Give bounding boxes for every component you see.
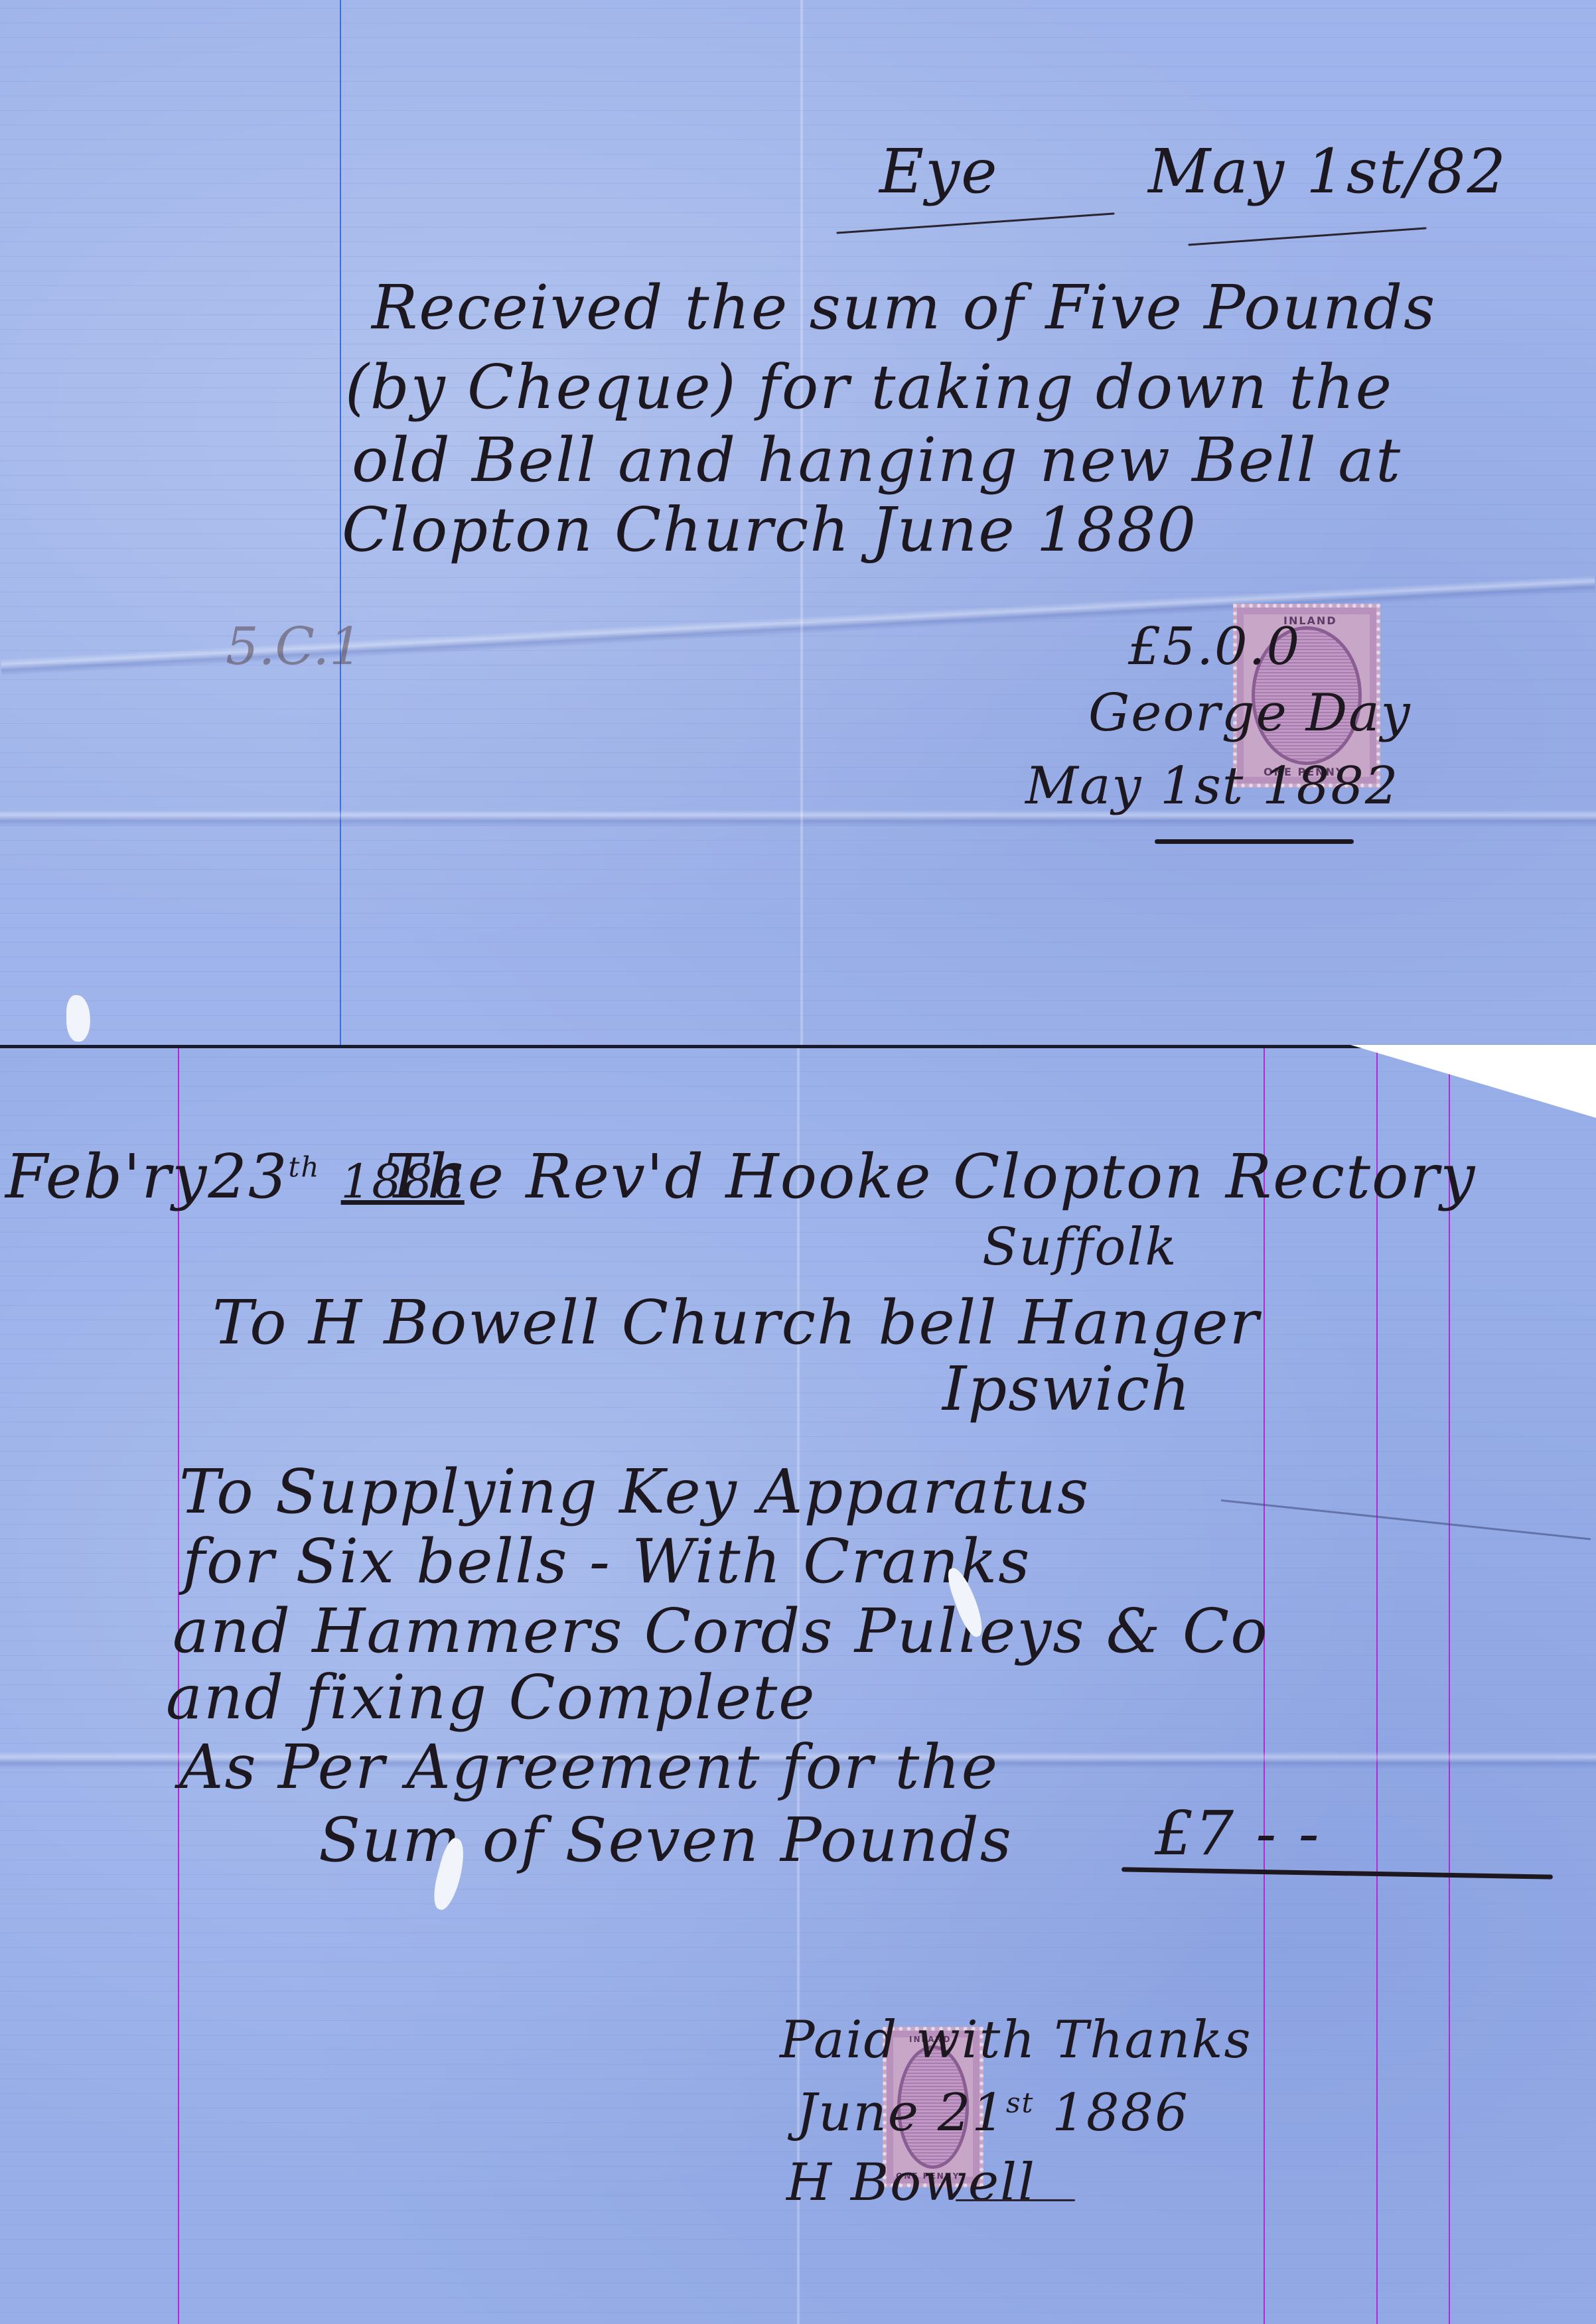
addressee-county: Suffolk <box>982 1217 1178 1277</box>
date-month: Feb'ry <box>5 1141 208 1212</box>
body-line: (by Cheque) for taking down the <box>345 352 1393 423</box>
paid-date: June 21st 1886 <box>796 2083 1189 2143</box>
body-line: To Supplying Key Apparatus <box>179 1456 1090 1527</box>
purple-column-line <box>1376 1048 1378 2324</box>
margin-pencil-note: 5.C.1 <box>226 617 362 677</box>
flourish-stroke <box>1155 839 1354 844</box>
receipt-bottom-sheet: Feb'ry23th 1886 The Rev'd Hooke Clopton … <box>0 1045 1596 2324</box>
signature: H Bowell <box>786 2153 1036 2213</box>
receipt-date: May 1st/82 <box>1148 136 1507 207</box>
from-town: Ipswich <box>942 1353 1191 1424</box>
paper-tear <box>66 995 90 1042</box>
flourish-stroke <box>956 2199 1075 2201</box>
amount: £7 - - <box>1155 1798 1321 1869</box>
addressee: The Rev'd Hooke Clopton Rectory <box>385 1141 1476 1212</box>
date-suffix: th <box>288 1150 320 1183</box>
date-day: 23 <box>208 1141 288 1212</box>
paid-date-suffix: st <box>1006 2086 1034 2119</box>
flourish-stroke <box>836 212 1114 234</box>
from-line: To H Bowell Church bell Hanger <box>212 1287 1260 1358</box>
body-line: and fixing Complete <box>166 1662 816 1733</box>
amount: £5.0.0 <box>1128 617 1301 677</box>
body-line: old Bell and hanging new Bell at <box>352 425 1402 496</box>
paper-crack <box>1221 1499 1591 1540</box>
purple-column-line <box>1264 1048 1265 2324</box>
blue-margin-line <box>340 0 341 1045</box>
purple-column-line <box>1449 1048 1450 2324</box>
body-line: Sum of Seven Pounds <box>319 1805 1013 1876</box>
paid-date-day: 21 <box>938 2083 1006 2143</box>
amount-underline <box>1122 1867 1553 1879</box>
body-line: for Six bells - With Cranks <box>182 1526 1031 1597</box>
paid-date-month: June <box>796 2083 920 2143</box>
flourish-stroke <box>1188 227 1426 245</box>
body-line: and Hammers Cords Pulleys & Co <box>173 1596 1269 1667</box>
receipt-place: Eye <box>879 136 999 207</box>
paid-line: Paid with Thanks <box>780 2010 1252 2070</box>
signed-date: May 1st 1882 <box>1025 756 1400 816</box>
body-line: Clopton Church June 1880 <box>342 494 1197 565</box>
body-line: Received the sum of Five Pounds <box>372 272 1436 343</box>
signature: George Day <box>1088 683 1412 743</box>
receipt-top-sheet: Eye May 1st/82 Received the sum of Five … <box>0 0 1596 1045</box>
paid-date-year: 1886 <box>1052 2083 1189 2143</box>
body-line: As Per Agreement for the <box>179 1732 999 1803</box>
